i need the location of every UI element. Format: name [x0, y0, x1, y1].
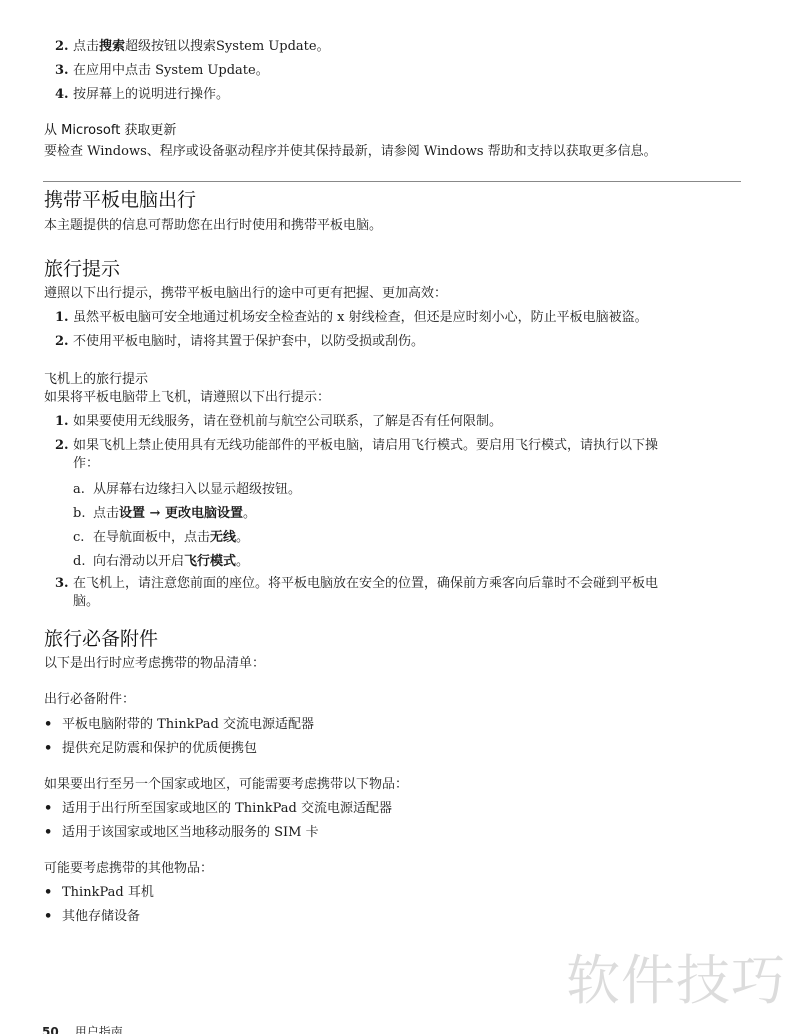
airplane-tip-2: 2.如果飞机上禁止使用具有无线功能部件的平板电脑，请启用飞行模式。要启用飞行模式… — [55, 437, 658, 473]
list-item: •其他存储设备 — [44, 908, 140, 926]
substep-b: b.点击设置 → 更改电脑设置。 — [73, 505, 256, 523]
travel-tip-2: 2.不使用平板电脑时，请将其置于保护套中，以防受损或刮伤。 — [55, 333, 424, 351]
bullet-icon: • — [44, 884, 62, 902]
travel-intro: 本主题提供的信息可帮助您在出行时使用和携带平板电脑。 — [44, 217, 382, 235]
substep-c: c.在导航面板中，点击无线。 — [73, 529, 249, 547]
bullet-icon: • — [44, 740, 62, 758]
list-item: •平板电脑附带的 ThinkPad 交流电源适配器 — [44, 716, 314, 734]
travel-tip-1: 1.虽然平板电脑可安全地通过机场安全检查站的 x 射线检查，但还是应时刻小心，防… — [55, 309, 648, 327]
travel-tips-intro: 遵照以下出行提示，携带平板电脑出行的途中可更有把握、更加高效： — [44, 285, 447, 303]
microsoft-update-heading: 从 Microsoft 获取更新 — [44, 119, 176, 138]
section-divider — [43, 181, 741, 182]
step-4: 4.按屏幕上的说明进行操作。 — [55, 86, 229, 104]
list-item: •适用于出行所至国家或地区的 ThinkPad 交流电源适配器 — [44, 800, 392, 818]
step-2: 2.点击搜索超级按钮以搜索System Update。 — [55, 38, 330, 56]
microsoft-update-body: 要检查 Windows、程序或设备驱动程序并使其保持最新，请参阅 Windows… — [44, 143, 657, 161]
section-title-travel: 携带平板电脑出行 — [44, 185, 196, 212]
bullet-icon: • — [44, 908, 62, 926]
airplane-tips-heading: 飞机上的旅行提示 — [44, 368, 148, 387]
substep-a: a.从屏幕右边缘扫入以显示超级按钮。 — [73, 481, 301, 499]
list-item: •提供充足防震和保护的优质便携包 — [44, 740, 257, 758]
group-abroad-label: 如果要出行至另一个国家或地区，可能需要考虑携带以下物品： — [44, 776, 408, 794]
bullet-icon: • — [44, 716, 62, 734]
page-footer: 50用户指南 — [42, 1023, 123, 1034]
list-item: •适用于该国家或地区当地移动服务的 SIM 卡 — [44, 824, 319, 842]
accessories-title: 旅行必备附件 — [44, 624, 158, 651]
airplane-tips-intro: 如果将平板电脑带上飞机，请遵照以下出行提示： — [44, 389, 330, 407]
airplane-tip-3: 3.在飞机上，请注意您前面的座位。将平板电脑放在安全的位置，确保前方乘客向后靠时… — [55, 575, 658, 611]
watermark: 软件技巧 — [566, 938, 786, 1015]
group-other-label: 可能要考虑携带的其他物品： — [44, 860, 213, 878]
substep-d: d.向右滑动以开启飞行模式。 — [73, 553, 249, 571]
page-number: 50 — [42, 1025, 59, 1034]
group-essential-label: 出行必备附件： — [44, 691, 135, 709]
travel-tips-title: 旅行提示 — [44, 254, 120, 281]
step-3: 3.在应用中点击 System Update。 — [55, 62, 269, 80]
footer-title: 用户指南 — [75, 1025, 123, 1034]
accessories-intro: 以下是出行时应考虑携带的物品清单： — [44, 655, 265, 673]
airplane-tip-1: 1.如果要使用无线服务，请在登机前与航空公司联系，了解是否有任何限制。 — [55, 413, 502, 431]
bullet-icon: • — [44, 800, 62, 818]
bullet-icon: • — [44, 824, 62, 842]
list-item: •ThinkPad 耳机 — [44, 884, 154, 902]
